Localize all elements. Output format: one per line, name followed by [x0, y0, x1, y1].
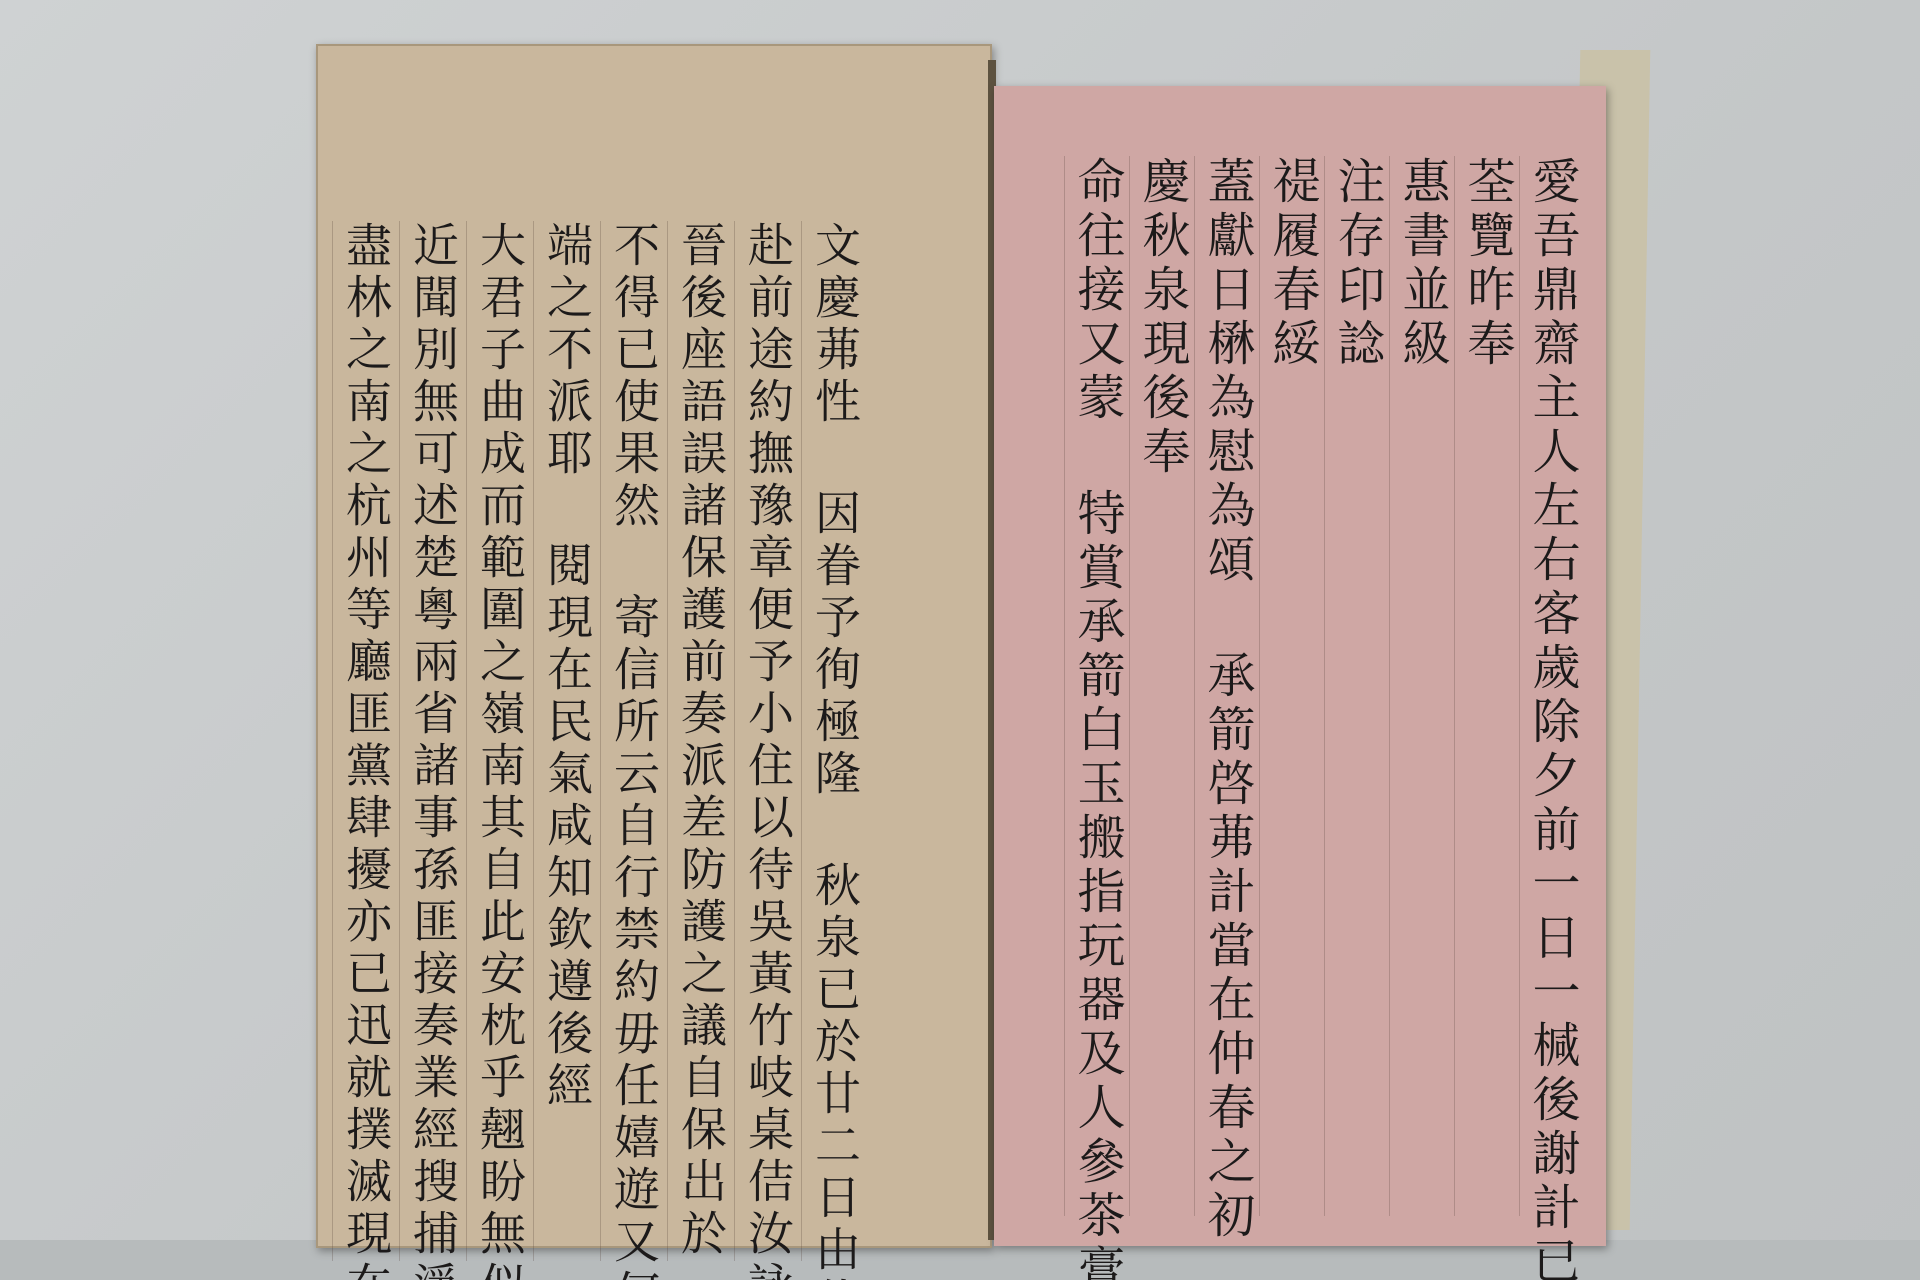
text-column: 文慶茀性 因眷予徇極隆 秋泉已於廿二日由佳路趕 [801, 221, 868, 1261]
text-column: 端之不派耶 閱現在民氣咸知欽遵後經 [533, 221, 600, 1261]
text-column: 蓋獻日楙為慰為頌 承箭啓茀計當在仲春之初 [1194, 156, 1259, 1216]
text-column: 晉後座語誤諸保護前奏派差防護之議自保出於 [667, 221, 734, 1261]
right-manuscript-page: 愛吾鼎齋主人左右客歲除夕前一日一椷後謝計已早登 荃覽昨奉 惠書並級 注存印諗 禔… [994, 86, 1606, 1246]
left-manuscript-page: 文慶茀性 因眷予徇極隆 秋泉已於廿二日由佳路趕 赴前途約撫豫章便予小住以待吳黃竹… [316, 44, 992, 1248]
text-column: 惠書並級 [1389, 156, 1454, 1216]
text-column: 不得已使果然 寄信所云自行禁約毋任嬉遊又何辭 [600, 221, 667, 1261]
text-column: 大君子曲成而範圍之嶺南其自此安枕乎翹盼無似此間 [466, 221, 533, 1261]
text-column: 禔履春綏 [1259, 156, 1324, 1216]
text-column: 赴前途約撫豫章便予小住以待吳黃竹岐桌佶汝詠 [734, 221, 801, 1261]
text-column: 近聞別無可述楚粵兩省諸事孫匪接奏業經搜捕淨 [399, 221, 466, 1261]
right-text-columns: 愛吾鼎齋主人左右客歲除夕前一日一椷後謝計已早登 荃覽昨奉 惠書並級 注存印諗 禔… [1004, 156, 1584, 1216]
text-column: 慶秋泉現後奉 [1129, 156, 1194, 1216]
text-column: 注存印諗 [1324, 156, 1389, 1216]
text-column: 愛吾鼎齋主人左右客歲除夕前一日一椷後謝計已早登 [1519, 156, 1584, 1216]
text-column: 盡林之南之杭州等廳匪黨肆擾亦已迅就撲滅現在地 [332, 221, 399, 1261]
text-column: 荃覽昨奉 [1454, 156, 1519, 1216]
text-column: 命往接又蒙 特賞承箭白玉搬指玩器及人參茶膏等件 [1064, 156, 1129, 1216]
left-text-columns: 文慶茀性 因眷予徇極隆 秋泉已於廿二日由佳路趕 赴前途約撫豫章便予小住以待吳黃竹… [418, 221, 868, 1261]
